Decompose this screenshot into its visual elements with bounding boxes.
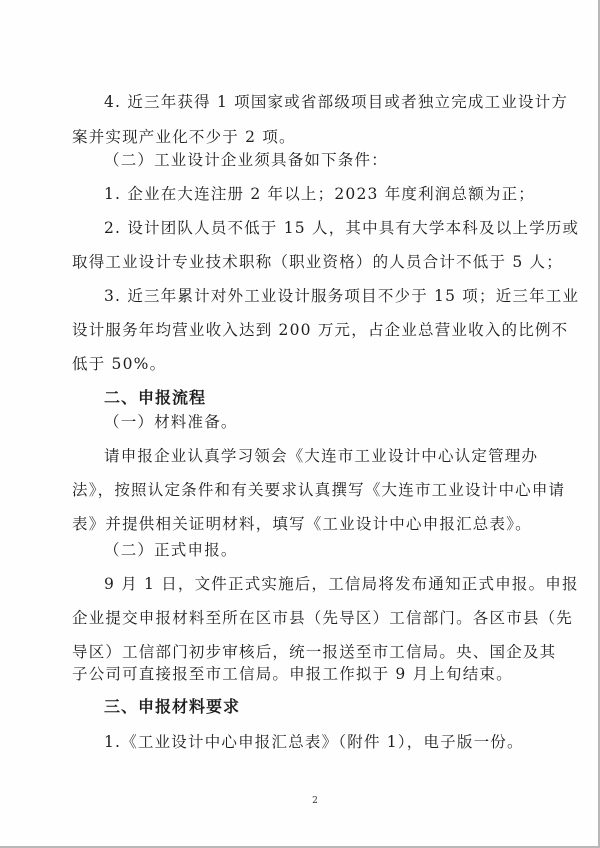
enterprise-item-3-line-3: 低于 50%。 <box>72 354 166 374</box>
formal-application-paragraph-line-4: 子公司可直接报至市工信局。申报工作拟于 9 月上旬结束。 <box>72 664 513 684</box>
requirement-item-1: 1.《工业设计中心申报汇总表》（附件 1），电子版一份。 <box>104 732 524 752</box>
material-prep-paragraph-line-3: 表》并提供相关证明材料，填写《工业设计中心申报汇总表》。 <box>72 514 532 534</box>
enterprise-item-2-line-1: 2. 设计团队人员不低于 15 人，其中具有大学本科及以上学历或 <box>104 218 579 238</box>
document-page: 4. 近三年获得 1 项国家或省部级项目或者独立完成工业设计方 案并实现产业化不… <box>0 0 600 848</box>
section-heading-material-requirements: 三、申报材料要求 <box>104 697 240 717</box>
enterprise-item-2-line-2: 取得工业设计专业技术职称（职业资格）的人员合计不低于 5 人； <box>72 252 563 272</box>
criteria-item-4-line-2: 案并实现产业化不少于 2 项。 <box>72 127 296 147</box>
criteria-item-4-line-1: 4. 近三年获得 1 项国家或省部级项目或者独立完成工业设计方 <box>104 92 568 112</box>
subsection-heading-enterprise-conditions: （二）工业设计企业须具备如下条件： <box>104 150 388 170</box>
page-number: 2 <box>0 796 600 806</box>
material-prep-paragraph-line-1: 请申报企业认真学习领会《大连市工业设计中心认定管理办 <box>104 446 538 466</box>
enterprise-item-3-line-2: 设计服务年均营业收入达到 200 万元，占企业总营业收入的比例不 <box>72 320 568 340</box>
section-heading-application-process: 二、申报流程 <box>104 388 206 408</box>
material-prep-paragraph-line-2: 法》，按照认定条件和有关要求认真撰写《大连市工业设计中心申请 <box>72 480 565 500</box>
formal-application-paragraph-line-1: 9 月 1 日，文件正式实施后，工信局将发布通知正式申报。申报 <box>104 574 579 594</box>
enterprise-item-1: 1. 企业在大连注册 2 年以上；2023 年度利润总额为正； <box>104 184 535 204</box>
enterprise-item-3-line-1: 3. 近三年累计对外工业设计服务项目不少于 15 项；近三年工业 <box>104 286 579 306</box>
subsection-heading-formal-application: （二）正式申报。 <box>104 540 238 560</box>
formal-application-paragraph-line-3: 导区）工信部门初步审核后，统一报送至市工信局。央、国企及其 <box>72 642 556 662</box>
formal-application-paragraph-line-2: 企业提交申报材料至所在区市县（先导区）工信部门。各区市县（先 <box>72 608 573 628</box>
subsection-heading-material-prep: （一）材料准备。 <box>104 412 238 432</box>
